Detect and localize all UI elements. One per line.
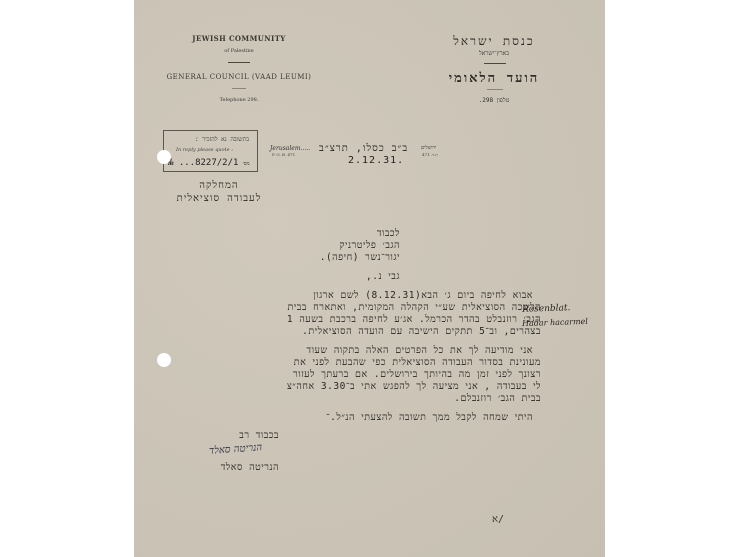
letterhead-hebrew-title: כנסת ישראל bbox=[409, 34, 579, 49]
dateline-hebrew-date: ב״ב כסלו, תרצ״ב bbox=[319, 143, 408, 154]
punch-hole bbox=[157, 353, 171, 367]
addressee-name: הגב׳ פליטרניק bbox=[339, 240, 400, 251]
letterhead-hebrew-subtitle: בארץ־ישראל bbox=[409, 50, 579, 57]
letterhead-divider bbox=[228, 62, 250, 63]
dateline-gregorian-date: 2.12.31. bbox=[348, 155, 404, 166]
department-line-1: המחלקה bbox=[154, 180, 284, 191]
page-mark: א/ bbox=[492, 514, 504, 525]
reference-box: בתשובה נא להזכיר : In reply please quote… bbox=[163, 130, 258, 172]
letter-page: JEWISH COMMUNITY of Palestine GENERAL CO… bbox=[134, 0, 605, 557]
dateline-english-pob: P. O. B. 471 bbox=[272, 152, 295, 157]
letterhead-divider bbox=[232, 88, 246, 89]
margin-note-line-1: Rosenblat. bbox=[522, 303, 571, 315]
signature-handwritten: הנריטה סאלד bbox=[209, 442, 263, 457]
letterhead-divider bbox=[487, 89, 503, 90]
body-line: בצהרים, וב־5 תתקים הישיבה עם הועדה הסוצי… bbox=[302, 325, 541, 338]
letterhead-english-title: JEWISH COMMUNITY bbox=[154, 34, 324, 43]
letterhead-hebrew-telephone: טלפון 298. bbox=[409, 97, 579, 104]
margin-note-line-2: Hadar hacarmel bbox=[522, 317, 588, 328]
addressee-location: יגור־נשר (חיפה). bbox=[320, 252, 400, 263]
dateline-english-city: Jerusalem..... bbox=[270, 145, 310, 152]
reference-number-label: מס׳ bbox=[242, 161, 249, 167]
letterhead-hebrew-council: הועד הלאומי bbox=[409, 70, 579, 86]
letterhead-english-telephone: Telephone 298. bbox=[154, 97, 324, 103]
letterhead-divider bbox=[484, 63, 506, 64]
addressee-honorific: לכבוד bbox=[377, 228, 400, 239]
salutation: גבי נ., bbox=[366, 271, 400, 282]
department-line-2: לעבודה סוציאלית bbox=[154, 193, 284, 204]
signature-closing: בכבוד רב bbox=[239, 430, 279, 441]
signature-typed-name: הנריטה סאלד bbox=[221, 462, 279, 473]
reference-number-value: № ...8227/2/1 bbox=[168, 158, 238, 168]
closing-request: היתי שמחה לקבל ממך תשובה להצעתי הנ״ל.־ bbox=[326, 411, 533, 424]
letterhead-english-council: GENERAL COUNCIL (VAAD LEUMI) bbox=[154, 73, 324, 81]
letterhead-english-subtitle: of Palestine bbox=[154, 48, 324, 54]
body-line: בבית הגב׳ רוזנבלם. bbox=[454, 392, 541, 405]
reference-number: № ...8227/2/1מס׳ bbox=[168, 158, 249, 168]
reference-hebrew-label: בתשובה נא להזכיר : bbox=[195, 136, 249, 143]
dateline-hebrew-city: ירושלים bbox=[421, 145, 436, 151]
reference-english-label: In reply please quote : bbox=[176, 147, 233, 153]
dateline-hebrew-pob: ת.ד. 471 bbox=[422, 152, 438, 157]
punch-hole bbox=[157, 150, 171, 164]
